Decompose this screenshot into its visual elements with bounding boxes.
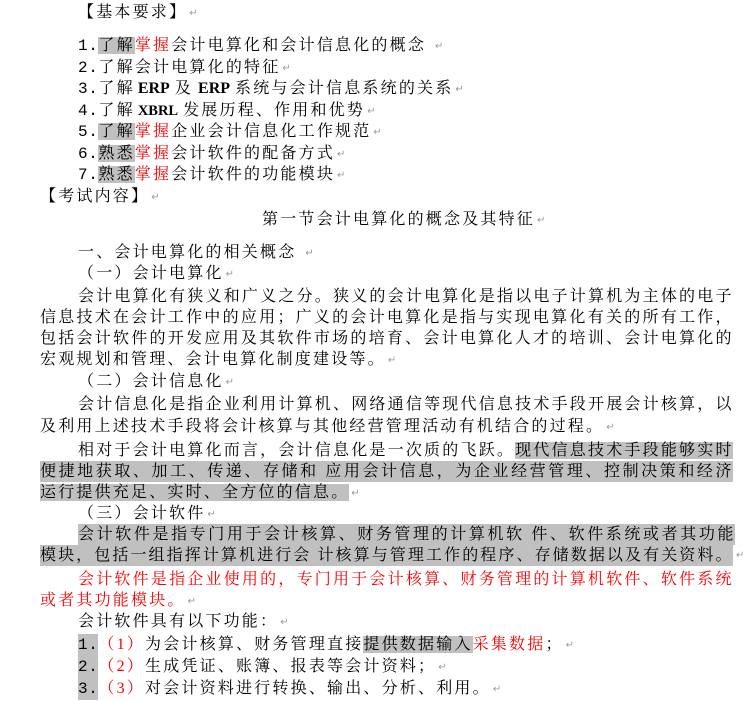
requirement-item-2: 2.了解会计电算化的特征↵ <box>78 57 291 78</box>
item-verb-highlighted: 熟悉 <box>98 145 134 162</box>
highlighted-text: 提供数据输入 <box>363 636 472 653</box>
item-revised-verb: 掌握 <box>135 166 171 183</box>
function-number: 1. <box>78 634 98 656</box>
highlighted-line-last: 运行提供充足、实时、全方位的信息。↵ <box>40 482 360 503</box>
subsection-title-text: （二）会计信息化 <box>78 373 224 390</box>
item-verb-highlighted: 了解 <box>98 37 134 54</box>
paragraph-mark-icon: ↵ <box>151 192 159 203</box>
item-conjunction: 及 <box>175 80 193 97</box>
subsection-title-text: （一）会计电算化 <box>78 265 224 282</box>
requirement-item-5: 5.了解掌握企业会计信息化工作规范↵ <box>78 121 382 142</box>
revised-definition-text: 或者其功能模块。 <box>40 592 186 609</box>
item-term-erp-2: ERP <box>198 80 230 97</box>
item-text: 企业会计信息化工作规范 <box>171 123 371 140</box>
revised-text: 采集数据 <box>473 636 546 653</box>
function-number: 3. <box>78 678 98 700</box>
requirement-item-4: 4.了解XBRL发展历程、作用和优势↵ <box>78 100 376 121</box>
paragraph-line: 信息技术在会计工作中的应用；广义的会计电算化是指与实现电算化有关的所有工作， <box>40 307 733 328</box>
requirement-item-7: 7.熟悉掌握会计软件的功能模块↵ <box>78 164 345 185</box>
paragraph-mark-icon: ↵ <box>606 422 614 433</box>
paragraph-mark-icon: ↵ <box>188 596 196 607</box>
requirement-item-1: 1.了解掌握会计电算化和会计信息化的概念↵ <box>78 35 443 56</box>
paragraph-mark-icon: ↵ <box>367 106 375 117</box>
paragraph-mark-icon: ↵ <box>226 377 234 388</box>
paragraph-mark-icon: ↵ <box>493 684 501 695</box>
part-title-text: 一、会计电算化的相关概念 <box>78 244 296 261</box>
function-text: 对会计资料进行转换、输出、分析、利用。 <box>145 680 491 697</box>
item-verb-highlighted: 了解 <box>98 123 134 140</box>
item-number: 6. <box>78 144 98 165</box>
subsection-title-1: （一）会计电算化↵ <box>78 263 234 284</box>
item-revised-verb: 掌握 <box>135 123 171 140</box>
paragraph-mark-icon: ↵ <box>435 41 443 52</box>
item-number: 4. <box>78 101 98 122</box>
requirements-heading-text: 【基本要求】 <box>78 4 187 21</box>
paragraph-mark-icon: ↵ <box>736 545 743 566</box>
paragraph-text: 及利用上述技术手段将会计核算与其他经营管理活动有机结合的过程。 <box>40 418 604 435</box>
highlighted-text: 现代信息技术手段能够实时 <box>515 442 733 459</box>
paragraph-mark-icon: ↵ <box>189 8 197 19</box>
subsection-title-3: （三）会计软件↵ <box>78 503 216 524</box>
paragraph-mark-icon: ↵ <box>337 149 345 160</box>
paragraph-mark-icon: ↵ <box>305 248 313 259</box>
paragraph-mark-icon: ↵ <box>537 215 545 226</box>
item-number: 2. <box>78 58 98 79</box>
paragraph-line: 会计电算化有狭义和广义之分。狭义的会计电算化是指以电子计算机为主体的电子 <box>78 286 733 307</box>
highlighted-line: 模块，包括一组指挥计算机进行会 计核算与管理工作的程序、存储数据以及有关资料。 <box>40 545 733 566</box>
paragraph-mark-icon: ↵ <box>226 269 234 280</box>
section-title-text: 第一节会计电算化的概念及其特征 <box>262 211 535 228</box>
requirement-item-3: 3.了解ERP及ERP系统与会计信息系统的关系↵ <box>78 78 464 99</box>
highlighted-line: 会计软件是指专门用于会计核算、财务管理的计算机软 件、软件系统或者其功能 <box>78 524 735 545</box>
paragraph-line-last: 及利用上述技术手段将会计核算与其他经营管理活动有机结合的过程。↵ <box>40 416 615 437</box>
highlighted-line: 便捷地获取、加工、传递、存储和 应用会计信息，为企业经营管理、控制决策和经济 <box>40 461 733 482</box>
item-number: 1. <box>78 36 98 57</box>
item-text: 发展历程、作用和优势 <box>183 102 365 119</box>
exam-content-heading: 【考试内容】↵ <box>40 186 160 207</box>
function-text: 生成凭证、账簿、报表等会计资料； <box>145 658 436 675</box>
paragraph-line: 包括会计软件的开发应用及其软件市场的培育、会计电算化人才的培训、会计电算化的 <box>40 328 733 349</box>
paragraph-line-last: 宏观规划和管理、会计电算化制度建设等。↵ <box>40 349 396 370</box>
function-item-1: 1.（1）为会计核算、财务管理直接提供数据输入采集数据；↵ <box>78 634 574 656</box>
item-text: 会计电算化和会计信息化的概念 <box>171 37 426 54</box>
paragraph-mark-icon: ↵ <box>282 63 290 74</box>
paragraph-mark-icon: ↵ <box>207 509 215 520</box>
item-verb-highlighted: 熟悉 <box>98 166 134 183</box>
paragraph-mark-icon: ↵ <box>438 662 446 673</box>
function-number: 2. <box>78 656 98 678</box>
item-verb: 了解 <box>98 59 134 76</box>
functions-intro: 会计软件具有以下功能：↵ <box>78 611 289 632</box>
item-verb: 了解 <box>98 80 134 97</box>
comparison-lead-text: 相对于会计电算化而言，会计信息化是一次质的飞跃。 <box>78 442 515 459</box>
paragraph-mark-icon: ↵ <box>566 640 574 651</box>
function-label: （3） <box>98 680 145 697</box>
exam-content-heading-text: 【考试内容】 <box>40 188 149 205</box>
item-text: 会计软件的功能模块 <box>171 166 335 183</box>
paragraph-text: 宏观规划和管理、会计电算化制度建设等。 <box>40 351 386 368</box>
function-label: （1） <box>98 636 145 653</box>
comparison-line: 相对于会计电算化而言，会计信息化是一次质的飞跃。现代信息技术手段能够实时 <box>78 440 733 461</box>
item-number: 7. <box>78 165 98 186</box>
requirements-heading: 【基本要求】↵ <box>78 2 198 23</box>
item-term-erp: ERP <box>138 80 170 97</box>
function-item-3: 3.（3）对会计资料进行转换、输出、分析、利用。↵ <box>78 678 501 700</box>
item-number: 3. <box>78 79 98 100</box>
item-text: 系统与会计信息系统的关系 <box>235 80 453 97</box>
subsection-title-text: （三）会计软件 <box>78 505 205 522</box>
function-text: 为会计核算、财务管理直接 <box>145 636 363 653</box>
paragraph-mark-icon: ↵ <box>337 170 345 181</box>
item-revised-verb: 掌握 <box>135 37 171 54</box>
item-number: 5. <box>78 122 98 143</box>
highlighted-text: 运行提供充足、实时、全方位的信息。 <box>40 484 349 501</box>
paragraph-mark-icon: ↵ <box>373 127 381 138</box>
function-end-punctuation: ； <box>545 636 563 653</box>
section-title: 第一节会计电算化的概念及其特征↵ <box>262 209 545 230</box>
item-text: 会计电算化的特征 <box>135 59 281 76</box>
requirement-item-6: 6.熟悉掌握会计软件的配备方式↵ <box>78 143 345 164</box>
item-text: 会计软件的配备方式 <box>171 145 335 162</box>
paragraph-mark-icon: ↵ <box>351 488 359 499</box>
revised-definition-line-last: 或者其功能模块。↵ <box>40 590 196 611</box>
function-item-2: 2.（2）生成凭证、账簿、报表等会计资料；↵ <box>78 656 447 678</box>
item-revised-verb: 掌握 <box>135 145 171 162</box>
function-label: （2） <box>98 658 145 675</box>
item-term-xbrl: XBRL <box>138 103 178 119</box>
paragraph-mark-icon: ↵ <box>388 355 396 366</box>
paragraph-line: 会计信息化是指企业利用计算机、网络通信等现代信息技术手段开展会计核算，以 <box>78 394 733 415</box>
functions-intro-text: 会计软件具有以下功能： <box>78 613 278 630</box>
part-title: 一、会计电算化的相关概念↵ <box>78 242 314 263</box>
paragraph-mark-icon: ↵ <box>280 617 288 628</box>
document-page: 【基本要求】↵ 1.了解掌握会计电算化和会计信息化的概念↵ 2.了解会计电算化的… <box>0 0 743 701</box>
item-verb: 了解 <box>98 102 134 119</box>
paragraph-mark-icon: ↵ <box>455 84 463 95</box>
subsection-title-2: （二）会计信息化↵ <box>78 371 234 392</box>
revised-definition-line: 会计软件是指企业使用的，专门用于会计核算、财务管理的计算机软件、软件系统 <box>78 569 733 590</box>
